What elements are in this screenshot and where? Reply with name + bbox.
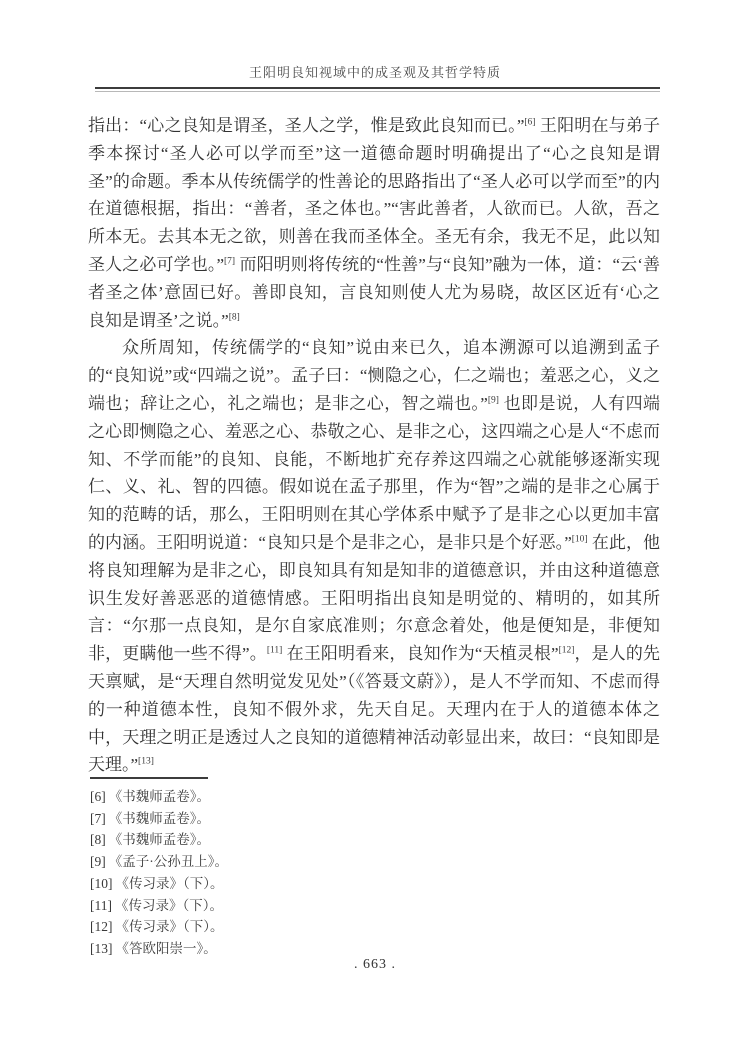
footnote-item: [10]《传习录》（下）。 [90, 873, 662, 895]
footnote-text: 《书魏师孟卷》。 [109, 789, 210, 804]
footnote-item: [9]《孟子·公孙丑上》。 [90, 851, 662, 873]
footnote-marker: [7] [90, 811, 106, 826]
page-number: . 663 . [0, 957, 750, 973]
body-paragraph: 众所周知，传统儒学的“良知”说由来已久，追本溯源可以追溯到孟子的“良知说”或“四… [88, 334, 660, 779]
footnote-marker: [11] [90, 898, 112, 913]
header-rule [95, 87, 660, 92]
document-page: 王阳明良知视域中的成圣观及其哲学特质 指出：“心之良知是谓圣，圣人之学，惟是致此… [0, 0, 750, 1047]
footnote-item: [6]《书魏师孟卷》。 [90, 786, 662, 808]
footnote-marker: [6] [90, 789, 106, 804]
footnote-text: 《孟子·公孙丑上》。 [109, 854, 228, 869]
footnote-text: 《传习录》（下）。 [116, 919, 224, 934]
footnote-marker: [10] [90, 876, 113, 891]
footnote-item: [7]《书魏师孟卷》。 [90, 808, 662, 830]
footnote-marker: [9] [90, 854, 106, 869]
footnote-ref: [7] [224, 256, 235, 266]
footnote-item: [8]《书魏师孟卷》。 [90, 829, 662, 851]
footnote-marker: [13] [90, 941, 113, 956]
footnote-ref: [8] [229, 312, 240, 322]
footnote-ref: [10] [572, 534, 588, 544]
footnote-ref: [13] [138, 757, 154, 767]
footnote-text: 《书魏师孟卷》。 [109, 811, 210, 826]
footnote-text: 《书魏师孟卷》。 [109, 832, 210, 847]
footnote-text: 《传习录》（下）。 [115, 898, 223, 913]
footnote-marker: [8] [90, 832, 106, 847]
body-text: 指出：“心之良知是谓圣，圣人之学，惟是致此良知而已。”[6] 王阳明在与弟子季本… [88, 112, 660, 779]
footnote-text: 《传习录》（下）。 [116, 876, 224, 891]
footnote-text: 《答欧阳崇一》。 [116, 941, 217, 956]
footnote-separator [90, 777, 208, 779]
footnotes: [6]《书魏师孟卷》。[7]《书魏师孟卷》。[8]《书魏师孟卷》。[9]《孟子·… [90, 786, 662, 960]
footnote-ref: [11] [267, 645, 282, 655]
footnote-item: [12]《传习录》（下）。 [90, 916, 662, 938]
footnote-marker: [12] [90, 919, 113, 934]
running-head-title: 王阳明良知视域中的成圣观及其哲学特质 [0, 62, 750, 81]
footnote-ref: [9] [488, 395, 499, 405]
footnote-ref: [6] [524, 117, 535, 127]
footnote-ref: [12] [559, 645, 575, 655]
body-paragraph: 指出：“心之良知是谓圣，圣人之学，惟是致此良知而已。”[6] 王阳明在与弟子季本… [88, 112, 660, 334]
footnote-item: [11]《传习录》（下）。 [90, 895, 662, 917]
